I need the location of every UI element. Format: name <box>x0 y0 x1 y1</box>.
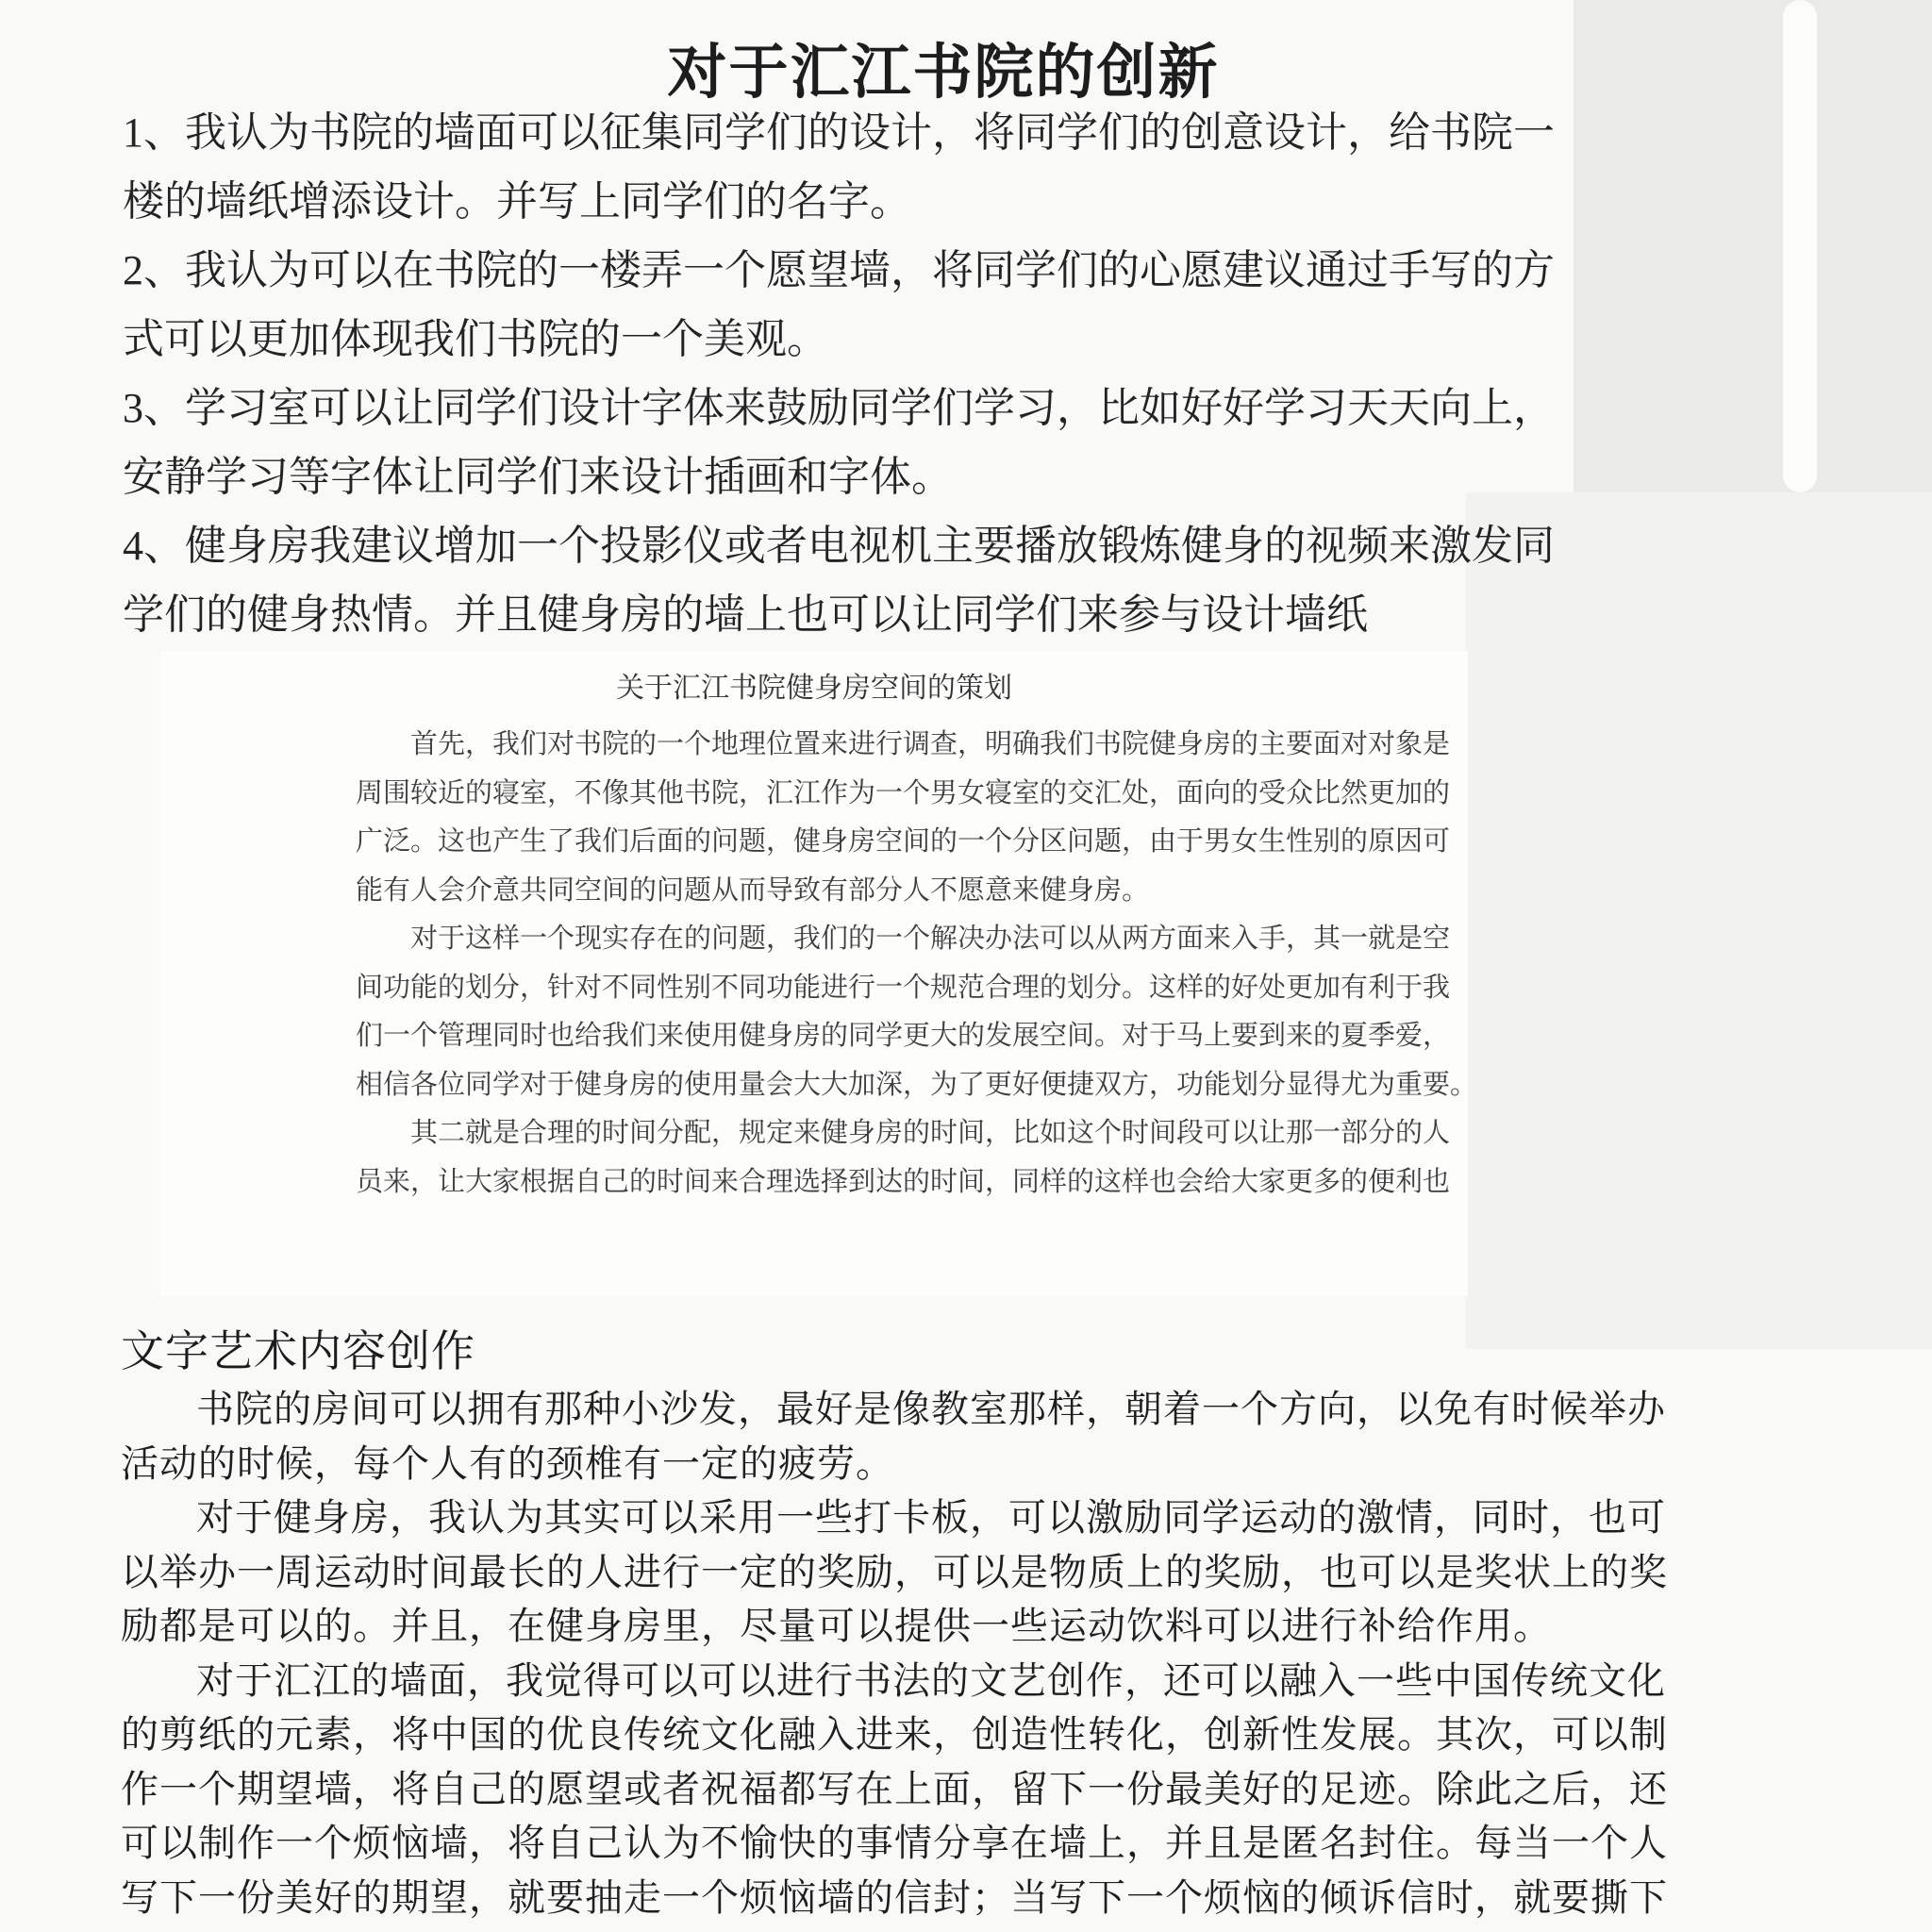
art-line: 写下一份美好的期望，就要抽走一个烦恼墙的信封；当写下一个烦恼的倾诉信时，就要撕下 <box>121 1872 1668 1926</box>
proposal-line: 1、我认为书院的墙面可以征集同学们的设计，将同学们的创意设计，给书院一 <box>123 98 1641 167</box>
art-line: 励都是可以的。并且，在健身房里，尽量可以提供一些运动饮料可以进行补给作用。 <box>121 1600 1668 1655</box>
art-line: 对于健身房，我认为其实可以采用一些打卡板，可以激励同学运动的激情，同时，也可 <box>121 1491 1668 1546</box>
plan-title: 关于汇江书院健身房空间的策划 <box>160 664 1468 706</box>
proposal-line: 4、健身房我建议增加一个投影仪或者电视机主要播放锻炼健身的视频来激发同 <box>123 511 1641 580</box>
proposal-line: 式可以更加体现我们书院的一个美观。 <box>123 305 1641 374</box>
art-line: 作一个期望墙，将自己的愿望或者祝福都写在上面，留下一份最美好的足迹。除此之后，还 <box>121 1763 1668 1818</box>
plan-line: 员来，让大家根据自己的时间来合理选择到达的时间，同样的这样也会给大家更多的便利也 <box>356 1158 1459 1207</box>
art-line: 活动的时候，每个人有的颈椎有一定的疲劳。 <box>121 1438 1668 1492</box>
plan-card: 关于汇江书院健身房空间的策划 首先，我们对书院的一个地理位置来进行调查，明确我们… <box>160 651 1468 1296</box>
plan-line: 周围较近的寝室，不像其他书院，汇江作为一个男女寝室的交汇处，面向的受众比然更加的 <box>356 770 1459 819</box>
plan-line: 们一个管理同时也给我们来使用健身房的同学更大的发展空间。对于马上要到来的夏季爱， <box>356 1012 1459 1061</box>
art-section-heading: 文字艺术内容创作 <box>121 1317 475 1379</box>
proposal-list: 1、我认为书院的墙面可以征集同学们的设计，将同学们的创意设计，给书院一楼的墙纸增… <box>123 98 1641 649</box>
art-paragraphs: 书院的房间可以拥有那种小沙发，最好是像教室那样，朝着一个方向，以免有时候举办活动… <box>121 1383 1668 1925</box>
proposal-line: 2、我认为可以在书院的一楼弄一个愿望墙，将同学们的心愿建议通过手写的方 <box>123 236 1641 305</box>
plan-line: 对于这样一个现实存在的问题，我们的一个解决办法可以从两方面来入手，其一就是空 <box>356 915 1459 964</box>
proposal-line: 学们的健身热情。并且健身房的墙上也可以让同学们来参与设计墙纸 <box>123 580 1641 649</box>
plan-line: 首先，我们对书院的一个地理位置来进行调查，明确我们书院健身房的主要面对对象是 <box>356 721 1459 770</box>
proposal-line: 楼的墙纸增添设计。并写上同学们的名字。 <box>123 167 1641 236</box>
art-line: 对于汇江的墙面，我觉得可以可以进行书法的文艺创作，还可以融入一些中国传统文化 <box>121 1655 1668 1709</box>
proposal-line: 安静学习等字体让同学们来设计插画和字体。 <box>123 442 1641 511</box>
plan-line: 相信各位同学对于健身房的使用量会大大加深，为了更好便捷双方，功能划分显得尤为重要… <box>356 1061 1459 1110</box>
plan-paragraphs: 首先，我们对书院的一个地理位置来进行调查，明确我们书院健身房的主要面对对象是周围… <box>356 721 1459 1207</box>
document-page: 对于汇江书院的创新 1、我认为书院的墙面可以征集同学们的设计，将同学们的创意设计… <box>0 0 1932 1932</box>
art-line: 以举办一周运动时间最长的人进行一定的奖励，可以是物质上的奖励，也可以是奖状上的奖 <box>121 1546 1668 1601</box>
art-line: 书院的房间可以拥有那种小沙发，最好是像教室那样，朝着一个方向，以免有时候举办 <box>121 1383 1668 1438</box>
art-line: 的剪纸的元素，将中国的优良传统文化融入进来，创造性转化，创新性发展。其次，可以制 <box>121 1708 1668 1763</box>
plan-line: 广泛。这也产生了我们后面的问题，健身房空间的一个分区问题，由于男女生性别的原因可 <box>356 818 1459 867</box>
plan-line: 间功能的划分，针对不同性别不同功能进行一个规范合理的划分。这样的好处更加有利于我 <box>356 964 1459 1013</box>
plan-line: 能有人会介意共同空间的问题从而导致有部分人不愿意来健身房。 <box>356 867 1459 916</box>
plan-line: 其二就是合理的时间分配，规定来健身房的时间，比如这个时间段可以让那一部分的人 <box>356 1109 1459 1158</box>
art-line: 可以制作一个烦恼墙，将自己认为不愉快的事情分享在墙上，并且是匿名封住。每当一个人 <box>121 1817 1668 1872</box>
proposal-line: 3、学习室可以让同学们设计字体来鼓励同学们学习，比如好好学习天天向上， <box>123 374 1641 442</box>
